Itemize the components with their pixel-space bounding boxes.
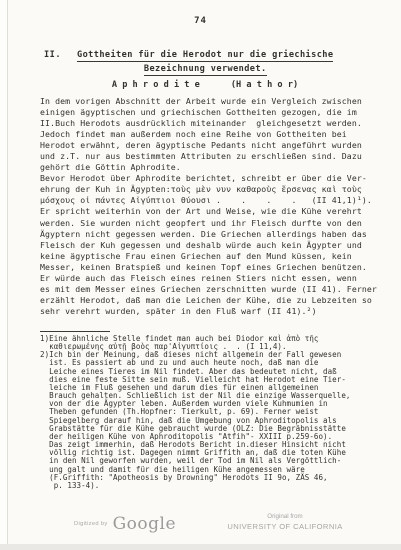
scan-edge-left <box>0 0 8 550</box>
footnote-line: p. 133-4). <box>40 482 350 490</box>
body-text: In dem vorigen Abschnitt der Arbeit wurd… <box>40 96 377 317</box>
google-watermark: Digitized by Google <box>74 514 176 534</box>
footnotes: 1)Eine ähnliche Stelle findet man auch b… <box>40 335 350 490</box>
section-title: Gottheiten für die Herodot nur die griec… <box>77 50 333 78</box>
body-line: Er spricht weiterhin von der Art und Wei… <box>40 206 377 217</box>
section-heading: II. Gottheiten für die Herodot nur die g… <box>44 50 333 78</box>
body-line: es mit dem Messer eines Griechen zerschn… <box>40 284 377 295</box>
body-line: Fleisch der Kuh gegessen und deshalb wür… <box>40 240 377 251</box>
institution-label: UNIVERSITY OF CALIFORNIA <box>210 522 360 531</box>
original-from-label: Original from <box>210 513 360 520</box>
body-line: Ägyptern nicht gegessen werden. Die Grie… <box>40 229 377 240</box>
body-line: μόσχους οἱ πάντες Αἰγύπτιοι θύουσι . . .… <box>40 195 377 206</box>
body-line: keine ägyptische Frau einen Griechen auf… <box>40 251 377 262</box>
body-line: werden. Sie wurden nicht geopfert und ih… <box>40 218 377 229</box>
body-line: ehrung der Kuh in Ägypten:τοὺς μὲν νυν κ… <box>40 184 377 195</box>
section-title-line1: Gottheiten für die Herodot nur die griec… <box>77 50 333 62</box>
body-line: II.Buch Herodots ausdrücklich miteinande… <box>40 118 377 129</box>
body-line: Bevor Herodot über Aphrodite berichtet, … <box>40 173 377 184</box>
scanned-book-page: 74 II. Gottheiten für die Herodot nur di… <box>0 0 401 550</box>
body-line: Herodot erwähnt, deren ägyptische Pedant… <box>40 140 377 151</box>
page-number: 74 <box>0 16 401 26</box>
google-logo: Google <box>113 514 176 534</box>
section-title-line2: Bezeichnung verwendet. <box>144 64 267 76</box>
body-line: und z.T. nur aus bestimmten Attributen z… <box>40 151 377 162</box>
body-line: einigen ägyptischen und griechischen Got… <box>40 107 377 118</box>
scan-edge-bottom <box>0 544 401 550</box>
footnote-separator <box>40 331 110 332</box>
body-line: Er würde auch das Fleisch eines reinen S… <box>40 273 377 284</box>
body-line: gehört die Göttin Aphrodite. <box>40 162 377 173</box>
subheading-aphrodite-hathor: A p h r o d i t e (H a t h o r) <box>40 80 370 90</box>
section-numeral: II. <box>44 50 61 60</box>
body-line: Messer, keinen Bratspieß und keinen Topf… <box>40 262 377 273</box>
provenance-watermark: Original from UNIVERSITY OF CALIFORNIA <box>210 513 360 531</box>
digitized-by-label: Digitized by <box>74 521 108 527</box>
body-line: erzählt Herodot, daß man die Leichen der… <box>40 295 377 306</box>
body-line: Jedoch findet man außerdem noch eine Rei… <box>40 129 377 140</box>
body-line: sehr verehrt wurden, später in den Fluß … <box>40 306 377 317</box>
body-line: In dem vorigen Abschnitt der Arbeit wurd… <box>40 96 377 107</box>
